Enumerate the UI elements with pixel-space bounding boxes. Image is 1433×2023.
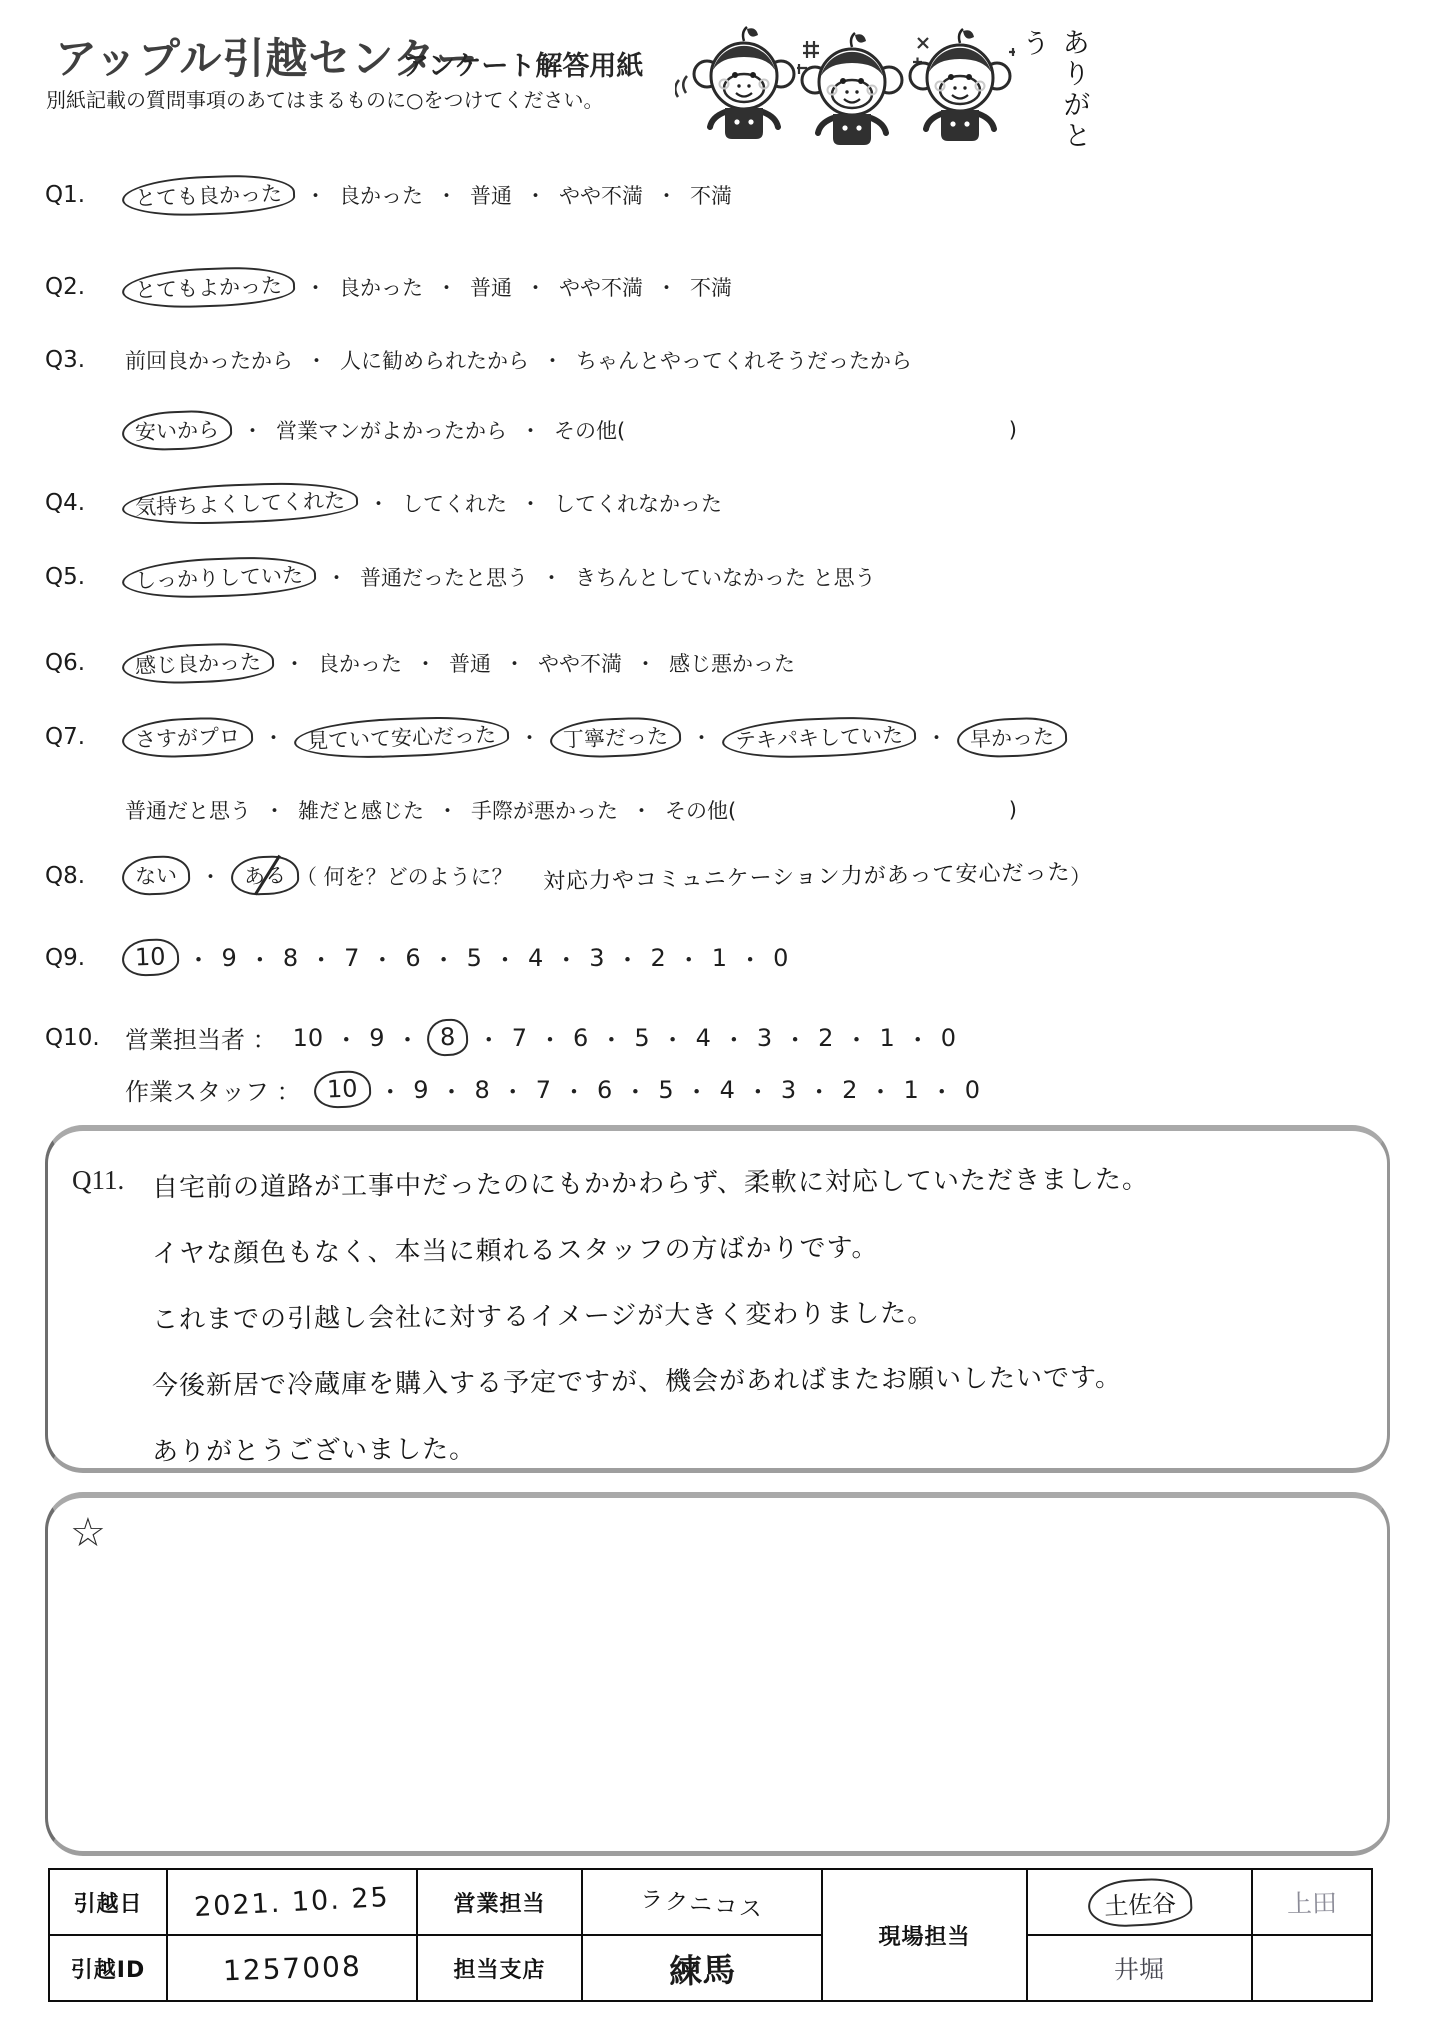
option: 良かった xyxy=(318,648,402,678)
site-rep-name-circled: 土佐谷 xyxy=(1086,1876,1192,1928)
option-separator: ・ xyxy=(711,1020,757,1055)
option-separator: ・ xyxy=(421,940,467,975)
question-row-q10-1: Q10.営業担当者 ：10・9・8・7・6・5・4・3・2・1・0 xyxy=(45,1020,1017,1055)
option: 雑だと感じた xyxy=(298,795,424,825)
option-separator: ・ xyxy=(402,648,449,678)
question-label: Q10. xyxy=(45,1025,125,1051)
question-label: Q2. xyxy=(45,274,125,300)
option: 営業マンがよかったから xyxy=(276,415,507,445)
option-separator: ・ xyxy=(229,415,276,445)
options: とてもよかった・良かった・普通・やや不満・不満 xyxy=(125,272,1017,302)
option: その他( xyxy=(554,415,625,445)
q11-line: ありがとうございました。 xyxy=(152,1406,1368,1483)
option-separator: ・ xyxy=(323,1020,369,1055)
options: しっかりしていた・普通だったと思う・きちんとしていなかった と思う xyxy=(125,562,1017,592)
option: 7 xyxy=(512,1024,527,1052)
question-label: Q5. xyxy=(45,564,125,590)
option-separator: ・ xyxy=(237,940,283,975)
option: やや不満 xyxy=(559,272,643,302)
scanned-survey-page: アップル引越センター アンケート解答用紙 別紙記載の質問事項のあてはまるものに○… xyxy=(0,0,1433,2023)
option: 4 xyxy=(720,1076,735,1104)
option-separator: ・ xyxy=(529,345,576,375)
option-separator: ・ xyxy=(678,722,725,752)
option: その他( xyxy=(665,795,736,825)
option-separator: ・ xyxy=(359,940,405,975)
option: 普通 xyxy=(470,272,512,302)
option-separator: ・ xyxy=(367,1072,413,1107)
option-separator: ・ xyxy=(543,940,589,975)
option-circled: 丁寧だった xyxy=(549,715,681,759)
question-row-q9: Q9.10・9・8・7・6・5・4・3・2・1・0 xyxy=(45,940,1017,975)
option-separator: ・ xyxy=(913,722,960,752)
option: ) xyxy=(1009,798,1017,822)
option-separator: ・ xyxy=(643,272,690,302)
option: 8 xyxy=(474,1076,489,1104)
option-circled: ない xyxy=(121,855,190,896)
option: 0 xyxy=(965,1076,980,1104)
option-separator: ・ xyxy=(512,180,559,210)
option: 人に勧められたから xyxy=(340,345,529,375)
option-circled: 早かった xyxy=(956,716,1067,759)
option-separator: ・ xyxy=(251,795,298,825)
option-separator: ・ xyxy=(588,1020,634,1055)
option: 2 xyxy=(651,944,666,972)
options: 安いから・営業マンがよかったから・その他() xyxy=(125,415,1017,445)
option-separator: ・ xyxy=(292,180,339,210)
options: 10・9・8・7・6・5・4・3・2・1・0 xyxy=(125,940,1017,975)
options: ない・ある（ 何を？どのように？対応力やコミュニケーション力があって安心だった） xyxy=(125,860,1091,891)
monkey-icon xyxy=(802,33,902,145)
option-separator: ・ xyxy=(507,415,554,445)
sales-rep-value: ラクニコス xyxy=(639,1880,766,1924)
question-row-q10-2: 作業スタッフ ：10・9・8・7・6・5・4・3・2・1・0 xyxy=(45,1072,1017,1107)
option: 0 xyxy=(941,1024,956,1052)
option-circled: さすがプロ xyxy=(121,715,253,759)
option-separator: ・ xyxy=(490,1072,536,1107)
option: 2 xyxy=(818,1024,833,1052)
move-id-value: 1257008 xyxy=(222,1949,362,1987)
options: さすがプロ・見ていて安心だった・丁寧だった・テキパキしていた・早かった xyxy=(125,722,1064,752)
question-label: Q1. xyxy=(45,182,125,208)
option-separator: ・ xyxy=(293,345,340,375)
option-circled: 見ていて安心だった xyxy=(293,714,509,760)
site-rep-name: 上田 xyxy=(1287,1884,1338,1921)
monkey-icon xyxy=(694,27,794,139)
question-label: Q8. xyxy=(45,863,125,889)
option-separator: ・ xyxy=(384,1020,430,1055)
option-separator: ・ xyxy=(650,1020,696,1055)
options: 普通だと思う・雑だと感じた・手際が悪かった・その他() xyxy=(125,795,1017,825)
option-separator: ・ xyxy=(527,1020,573,1055)
q11-line: 今後新居で冷蔵庫を購入する予定ですが、機会があればまたお願いしたいです。 xyxy=(152,1340,1368,1417)
option-separator: ・ xyxy=(271,648,318,678)
handwritten-answer: 対応力やコミュニケーション力があって安心だった xyxy=(542,855,1070,895)
option-circled: 10 xyxy=(121,938,179,977)
monkeys-svg xyxy=(675,18,1015,168)
option: 6 xyxy=(573,1024,588,1052)
option-separator: ・ xyxy=(857,1072,903,1107)
option: 10 xyxy=(293,1024,324,1052)
question-row-q7-1: Q7.さすがプロ・見ていて安心だった・丁寧だった・テキパキしていた・早かった xyxy=(45,722,1017,752)
option: 3 xyxy=(781,1076,796,1104)
option: 前回良かったから xyxy=(125,345,293,375)
question-row-q6: Q6.感じ良かった・良かった・普通・やや不満・感じ悪かった xyxy=(45,648,1017,678)
option: 3 xyxy=(757,1024,772,1052)
question-row-q4: Q4.気持ちよくしてくれた・してくれた・してくれなかった xyxy=(45,488,1017,518)
option-separator: ・ xyxy=(895,1020,941,1055)
option: 9 xyxy=(413,1076,428,1104)
option-separator: ・ xyxy=(551,1072,597,1107)
question-label: Q6. xyxy=(45,650,125,676)
option-circled: 10 xyxy=(313,1070,371,1109)
q11-handwritten-comment: 自宅前の道路が工事中だったのにもかかわらず、柔軟に対応していただきました。 イヤ… xyxy=(152,1147,1367,1477)
move-date-label: 引越日 xyxy=(49,1869,167,1935)
option-circled: 8 xyxy=(427,1018,470,1056)
options: 営業担当者 ：10・9・8・7・6・5・4・3・2・1・0 xyxy=(125,1020,1017,1055)
option: 5 xyxy=(467,944,482,972)
option-circled: とてもよかった xyxy=(121,264,295,309)
option-circled: 感じ良かった xyxy=(121,641,274,685)
option: 営業担当者 ： xyxy=(125,1020,277,1055)
options: とても良かった・良かった・普通・やや不満・不満 xyxy=(125,180,1017,210)
option-separator: ・ xyxy=(187,861,234,891)
q11-label: Q11. xyxy=(72,1165,124,1196)
option: 普通 xyxy=(449,648,491,678)
option: 感じ悪かった xyxy=(669,648,795,678)
option: 1 xyxy=(712,944,727,972)
q11-line: 自宅前の道路が工事中だったのにもかかわらず、柔軟に対応していただきました。 xyxy=(152,1142,1368,1219)
question-label: Q7. xyxy=(45,724,125,750)
question-row-q7-2: 普通だと思う・雑だと感じた・手際が悪かった・その他() xyxy=(45,795,1017,825)
option-separator: ・ xyxy=(292,272,339,302)
option: 作業スタッフ ： xyxy=(125,1072,301,1107)
option: ちゃんとやってくれそうだったから xyxy=(576,345,912,375)
q11-line: イヤな顔色もなく、本当に頼れるスタッフの方ばかりです。 xyxy=(152,1208,1368,1285)
question-row-q5: Q5.しっかりしていた・普通だったと思う・きちんとしていなかった と思う xyxy=(45,562,1017,592)
move-date-value: 2021. 10. 25 xyxy=(193,1881,390,1922)
option: 4 xyxy=(696,1024,711,1052)
option: 9 xyxy=(369,1024,384,1052)
option: やや不満 xyxy=(538,648,622,678)
option-separator: ・ xyxy=(772,1020,818,1055)
branch-value: 練馬 xyxy=(668,1943,736,1992)
option: してくれた xyxy=(402,488,507,518)
option: 8 xyxy=(283,944,298,972)
option: 普通だったと思う xyxy=(360,562,528,592)
option-separator: ・ xyxy=(423,180,470,210)
option: 良かった xyxy=(339,272,423,302)
option: 7 xyxy=(536,1076,551,1104)
option-separator: ・ xyxy=(423,272,470,302)
option: 6 xyxy=(405,944,420,972)
options: 前回良かったから・人に勧められたから・ちゃんとやってくれそうだったから xyxy=(125,345,1017,375)
option: 5 xyxy=(658,1076,673,1104)
option-separator: ・ xyxy=(735,1072,781,1107)
question-row-q2: Q2.とてもよかった・良かった・普通・やや不満・不満 xyxy=(45,272,1017,302)
option: 2 xyxy=(842,1076,857,1104)
option-separator: ・ xyxy=(491,648,538,678)
option: やや不満 xyxy=(559,180,643,210)
option: 不満 xyxy=(690,180,732,210)
question-row-q3-2: 安いから・営業マンがよかったから・その他() xyxy=(45,415,1017,445)
options: 感じ良かった・良かった・普通・やや不満・感じ悪かった xyxy=(125,648,1017,678)
option: 3 xyxy=(589,944,604,972)
option-circled: 安いから xyxy=(121,409,232,452)
question-row-q1: Q1.とても良かった・良かった・普通・やや不満・不満 xyxy=(45,180,1017,210)
option-circled: とても良かった xyxy=(121,172,295,217)
option-separator: ・ xyxy=(919,1072,965,1107)
move-id-label: 引越ID xyxy=(49,1935,167,2001)
site-rep-label: 現場担当 xyxy=(822,1869,1027,2001)
option-circled: ある xyxy=(230,855,299,896)
option: 4 xyxy=(528,944,543,972)
option-circled: しっかりしていた xyxy=(121,554,316,600)
motion-lines-icon xyxy=(675,76,687,97)
option: 良かった xyxy=(339,180,423,210)
option-separator: ・ xyxy=(355,488,402,518)
option: 普通 xyxy=(470,180,512,210)
option: 9 xyxy=(222,944,237,972)
option-separator: ・ xyxy=(298,940,344,975)
option: きちんとしていなかった と思う xyxy=(575,562,876,592)
q11-comment-box: Q11. 自宅前の道路が工事中だったのにもかかわらず、柔軟に対応していただきまし… xyxy=(45,1125,1390,1473)
option-separator: ・ xyxy=(313,562,360,592)
question-label: Q3. xyxy=(45,347,125,373)
option-separator: ・ xyxy=(622,648,669,678)
site-rep-name: 井堀 xyxy=(1114,1950,1165,1987)
question-row-q3-1: Q3.前回良かったから・人に勧められたから・ちゃんとやってくれそうだったから xyxy=(45,345,1017,375)
question-row-q8: Q8.ない・ある（ 何を？どのように？対応力やコミュニケーション力があって安心だ… xyxy=(45,860,1017,891)
option-separator: ・ xyxy=(482,940,528,975)
option-separator: ・ xyxy=(643,180,690,210)
option: ） xyxy=(1070,861,1091,891)
option: 5 xyxy=(634,1024,649,1052)
options: 作業スタッフ ：10・9・8・7・6・5・4・3・2・1・0 xyxy=(125,1072,1017,1107)
option: してくれなかった xyxy=(554,488,722,518)
option-separator: ・ xyxy=(424,795,471,825)
footer-info-table: 引越日 2021. 10. 25 営業担当 ラクニコス 現場担当 土佐谷 上田 … xyxy=(48,1868,1373,2002)
option-separator: ・ xyxy=(428,1072,474,1107)
instruction-text: 別紙記載の質問事項のあてはまるものに○をつけてください。 xyxy=(46,84,603,113)
option: 不満 xyxy=(690,272,732,302)
mascot-monkeys-illustration xyxy=(675,18,1015,168)
option: 1 xyxy=(903,1076,918,1104)
option: 6 xyxy=(597,1076,612,1104)
option-separator: ・ xyxy=(512,272,559,302)
option-separator: ・ xyxy=(666,940,712,975)
option-separator: ・ xyxy=(507,488,554,518)
form-name: アンケート解答用紙 xyxy=(402,44,643,83)
branch-label: 担当支店 xyxy=(417,1935,582,2001)
option-separator: ・ xyxy=(176,940,222,975)
thanks-note: ありがとう xyxy=(1014,27,1096,168)
empty-comment-box: ☆ xyxy=(45,1492,1390,1856)
option-separator: ・ xyxy=(605,940,651,975)
option: （ 何を？どのように？ xyxy=(296,861,513,891)
q11-line: これまでの引越し会社に対するイメージが大きく変わりました。 xyxy=(152,1274,1368,1351)
option-circled: テキパキしていた xyxy=(721,714,916,760)
option-separator: ・ xyxy=(796,1072,842,1107)
option-separator: ・ xyxy=(250,722,297,752)
option-separator: ・ xyxy=(528,562,575,592)
option-separator: ・ xyxy=(506,722,553,752)
question-label: Q4. xyxy=(45,490,125,516)
option-separator: ・ xyxy=(618,795,665,825)
option: ) xyxy=(1009,418,1017,442)
empty-cell xyxy=(1252,1935,1372,2001)
option-separator: ・ xyxy=(674,1072,720,1107)
option: 7 xyxy=(344,944,359,972)
option: 1 xyxy=(879,1024,894,1052)
option: 普通だと思う xyxy=(125,795,251,825)
option-circled: 気持ちよくしてくれた xyxy=(121,479,358,526)
option: 0 xyxy=(773,944,788,972)
star-icon: ☆ xyxy=(70,1510,106,1556)
option: 手際が悪かった xyxy=(471,795,618,825)
option-separator: ・ xyxy=(833,1020,879,1055)
option-separator: ・ xyxy=(466,1020,512,1055)
options: 気持ちよくしてくれた・してくれた・してくれなかった xyxy=(125,488,1017,518)
option-separator: ・ xyxy=(727,940,773,975)
question-label: Q9. xyxy=(45,945,125,971)
sales-rep-label: 営業担当 xyxy=(417,1869,582,1935)
option-separator: ・ xyxy=(612,1072,658,1107)
